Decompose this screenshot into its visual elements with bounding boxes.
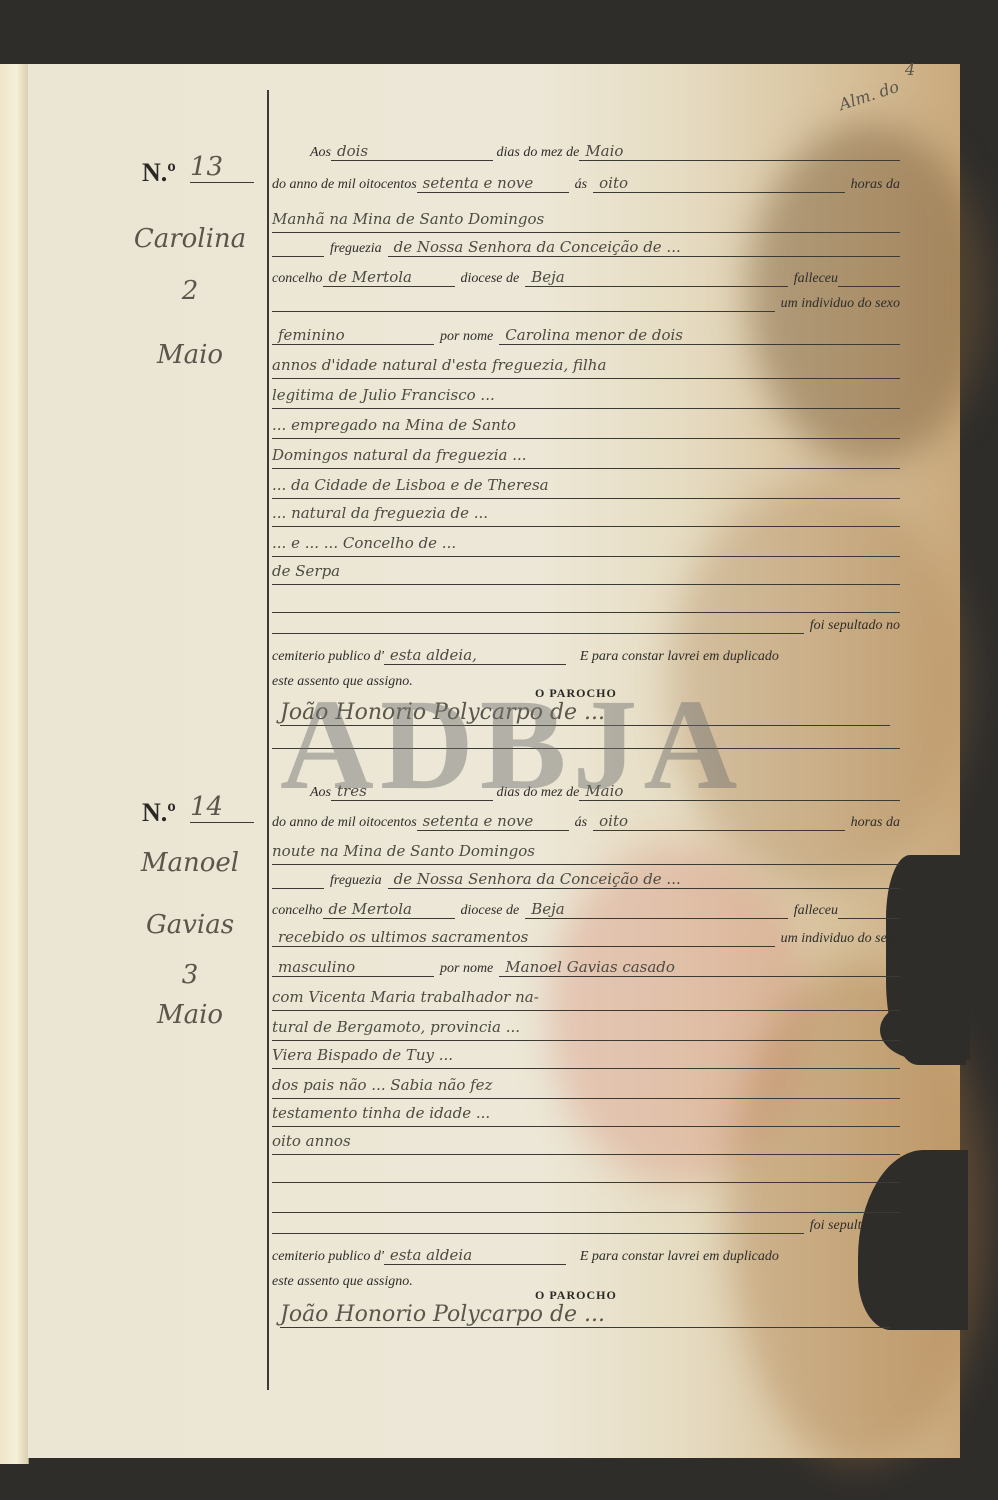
entry-number-label: N.º xyxy=(142,158,176,188)
line-body xyxy=(272,590,900,613)
margin-name: Carolina xyxy=(110,224,270,254)
line-place: noute na Mina de Santo Domingos xyxy=(272,842,900,865)
line-body: annos d'idade natural d'esta freguezia, … xyxy=(272,356,900,379)
entry-number-label: N.º xyxy=(142,798,176,828)
line-body xyxy=(272,1160,900,1183)
margin-surname: Gavias xyxy=(110,910,270,940)
line-parish: freguezia de Nossa Senhora da Conceição … xyxy=(272,870,900,889)
line-body: de Serpa xyxy=(272,562,900,585)
line-name: masculino por nome Manoel Gavias casado xyxy=(272,958,900,977)
line-body: testamento tinha de idade ... xyxy=(272,1104,900,1127)
signature-title: O PAROCHO xyxy=(535,1288,617,1303)
line-buried: foi sepultado no xyxy=(272,618,900,634)
line-sex-label: recebido os ultimos sacramentos um indiv… xyxy=(272,928,900,947)
line-council: concelho de Mertola diocese de Beja fall… xyxy=(272,900,900,919)
line-body: legitima de Julio Francisco ... xyxy=(272,386,900,409)
line-year: do anno de mil oitocentos setenta e nove… xyxy=(272,174,900,193)
margin-month: Maio xyxy=(110,340,270,370)
margin-day: 3 xyxy=(110,960,270,990)
book-binding-strip xyxy=(0,64,29,1464)
line-parish: freguezia de Nossa Senhora da Conceição … xyxy=(272,238,900,257)
line-body xyxy=(272,1190,900,1213)
line-buried: foi sepultado no xyxy=(272,1218,900,1234)
line-body: dos pais não ... Sabia não fez xyxy=(272,1076,900,1099)
priest-signature: João Honorio Polycarpo de ... xyxy=(280,1302,890,1328)
entry-number: 14 xyxy=(190,792,254,823)
line-sex-label: um individuo do sexo xyxy=(272,296,900,312)
line-body: tural de Bergamoto, provincia ... xyxy=(272,1018,900,1041)
margin-name: Manoel xyxy=(110,848,270,878)
archive-watermark: ADBJA xyxy=(280,670,743,820)
entry-number: 13 xyxy=(190,152,254,183)
line-body: ... empregado na Mina de Santo xyxy=(272,416,900,439)
line-body: com Vicenta Maria trabalhador na- xyxy=(272,988,900,1011)
margin-day: 2 xyxy=(110,276,270,306)
line-place: Manhã na Mina de Santo Domingos xyxy=(272,210,900,233)
line-name: feminino por nome Carolina menor de dois xyxy=(272,326,900,345)
line-cemetery: cemiterio publico d' esta aldeia, E para… xyxy=(272,646,900,665)
line-body: ... natural da freguezia de ... xyxy=(272,504,900,527)
line-cemetery: cemiterio publico d' esta aldeia E para … xyxy=(272,1246,900,1265)
line-council: concelho de Mertola diocese de Beja fall… xyxy=(272,268,900,287)
margin-month: Maio xyxy=(110,1000,270,1030)
line-body: ... da Cidade de Lisboa e de Theresa xyxy=(272,476,900,499)
line-body: Domingos natural da freguezia ... xyxy=(272,446,900,469)
line-date: Aos dois dias do mez de Maio xyxy=(272,142,900,161)
line-body: Viera Bispado de Tuy ... xyxy=(272,1046,900,1069)
line-body: ... e ... ... Concelho de ... xyxy=(272,534,900,557)
line-body: oito annos xyxy=(272,1132,900,1155)
page-number: 4 xyxy=(905,60,915,79)
